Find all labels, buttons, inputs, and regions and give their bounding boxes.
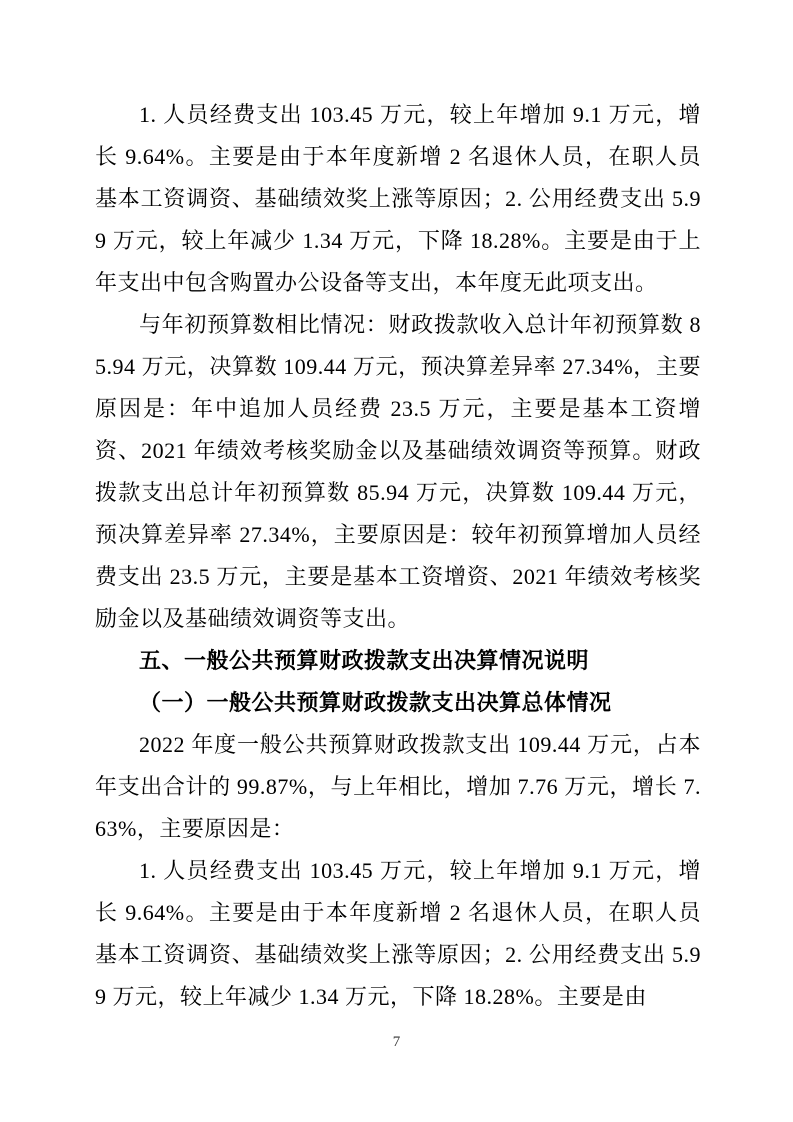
paragraph-personnel-expense-continued: 1. 人员经费支出 103.45 万元，较上年增加 9.1 万元，增长 9.64… [95, 850, 701, 1018]
section-heading-five: 五、一般公共预算财政拨款支出决算情况说明 [95, 640, 701, 682]
document-body: 1. 人员经费支出 103.45 万元，较上年增加 9.1 万元，增长 9.64… [95, 94, 701, 1018]
subsection-heading-one: （一）一般公共预算财政拨款支出决算总体情况 [95, 682, 701, 724]
paragraph-overall-expenditure: 2022 年度一般公共预算财政拨款支出 109.44 万元，占本年支出合计的 9… [95, 724, 701, 850]
document-page: 1. 人员经费支出 103.45 万元，较上年增加 9.1 万元，增长 9.64… [0, 0, 793, 1122]
paragraph-budget-comparison: 与年初预算数相比情况：财政拨款收入总计年初预算数 85.94 万元，决算数 10… [95, 304, 701, 640]
page-number: 7 [0, 1034, 793, 1051]
paragraph-personnel-expense: 1. 人员经费支出 103.45 万元，较上年增加 9.1 万元，增长 9.64… [95, 94, 701, 304]
